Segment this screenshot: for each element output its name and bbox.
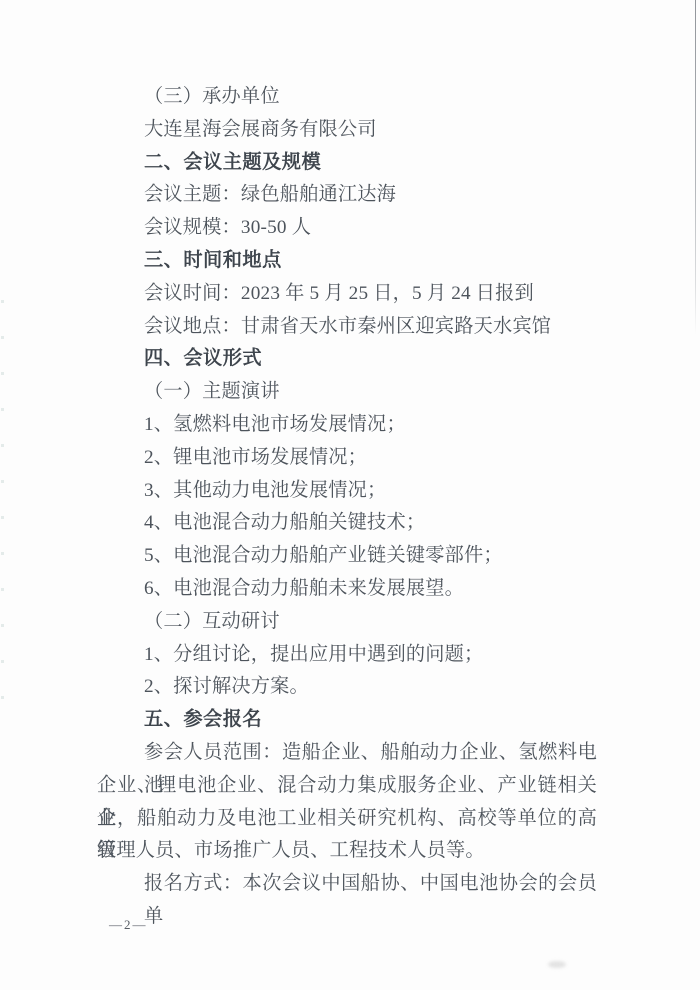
page-number: —2—: [109, 917, 148, 933]
keynote-item-1: 1、氢燃料电池市场发展情况；: [97, 409, 597, 442]
meeting-size: 会议规模：30-50 人: [97, 212, 597, 245]
meeting-location: 会议地点：甘肃省天水市秦州区迎宾路天水宾馆: [97, 311, 597, 344]
section-heading-3: 三、时间和地点: [97, 245, 597, 278]
keynote-item-6: 6、电池混合动力船舶未来发展展望。: [97, 573, 597, 606]
attendee-scope-line-4: 管理人员、市场推广人员、工程技术人员等。: [97, 835, 597, 868]
subheading-organizer: （三）承办单位: [97, 81, 597, 114]
section-heading-5: 五、参会报名: [97, 704, 597, 737]
keynote-item-2: 2、锂电池市场发展情况；: [97, 442, 597, 475]
meeting-time: 会议时间：2023 年 5 月 25 日，5 月 24 日报到: [97, 278, 597, 311]
discussion-item-2: 2、探讨解决方案。: [97, 671, 597, 704]
scan-artifact-left-edge: [1, 300, 4, 700]
organizer-name: 大连星海会展商务有限公司: [97, 114, 597, 147]
registration-method-line: 报名方式：本次会议中国船协、中国电池协会的会员单: [97, 868, 597, 901]
discussion-item-1: 1、分组讨论，提出应用中遇到的问题；: [97, 639, 597, 672]
subheading-discussion: （二）互动研讨: [97, 606, 597, 639]
attendee-scope-line-3: 业，船舶动力及电池工业相关研究机构、高校等单位的高级: [97, 803, 597, 836]
subheading-keynote: （一）主题演讲: [97, 376, 597, 409]
document-body: （三）承办单位 大连星海会展商务有限公司 二、会议主题及规模 会议主题：绿色船舶…: [97, 81, 597, 901]
section-heading-2: 二、会议主题及规模: [97, 147, 597, 180]
keynote-item-5: 5、电池混合动力船舶产业链关键零部件；: [97, 540, 597, 573]
attendee-scope-line-1: 参会人员范围：造船企业、船舶动力企业、氢燃料电池: [97, 737, 597, 770]
keynote-item-4: 4、电池混合动力船舶关键技术；: [97, 507, 597, 540]
keynote-item-3: 3、其他动力电池发展情况；: [97, 475, 597, 508]
meeting-theme: 会议主题：绿色船舶通江达海: [97, 179, 597, 212]
scan-artifact-right-edge: [695, 0, 697, 335]
scan-artifact-smudge: [548, 961, 566, 968]
section-heading-4: 四、会议形式: [97, 343, 597, 376]
scanned-document-page: （三）承办单位 大连星海会展商务有限公司 二、会议主题及规模 会议主题：绿色船舶…: [0, 0, 700, 990]
attendee-scope-line-2: 企业、锂电池企业、混合动力集成服务企业、产业链相关企: [97, 770, 597, 803]
